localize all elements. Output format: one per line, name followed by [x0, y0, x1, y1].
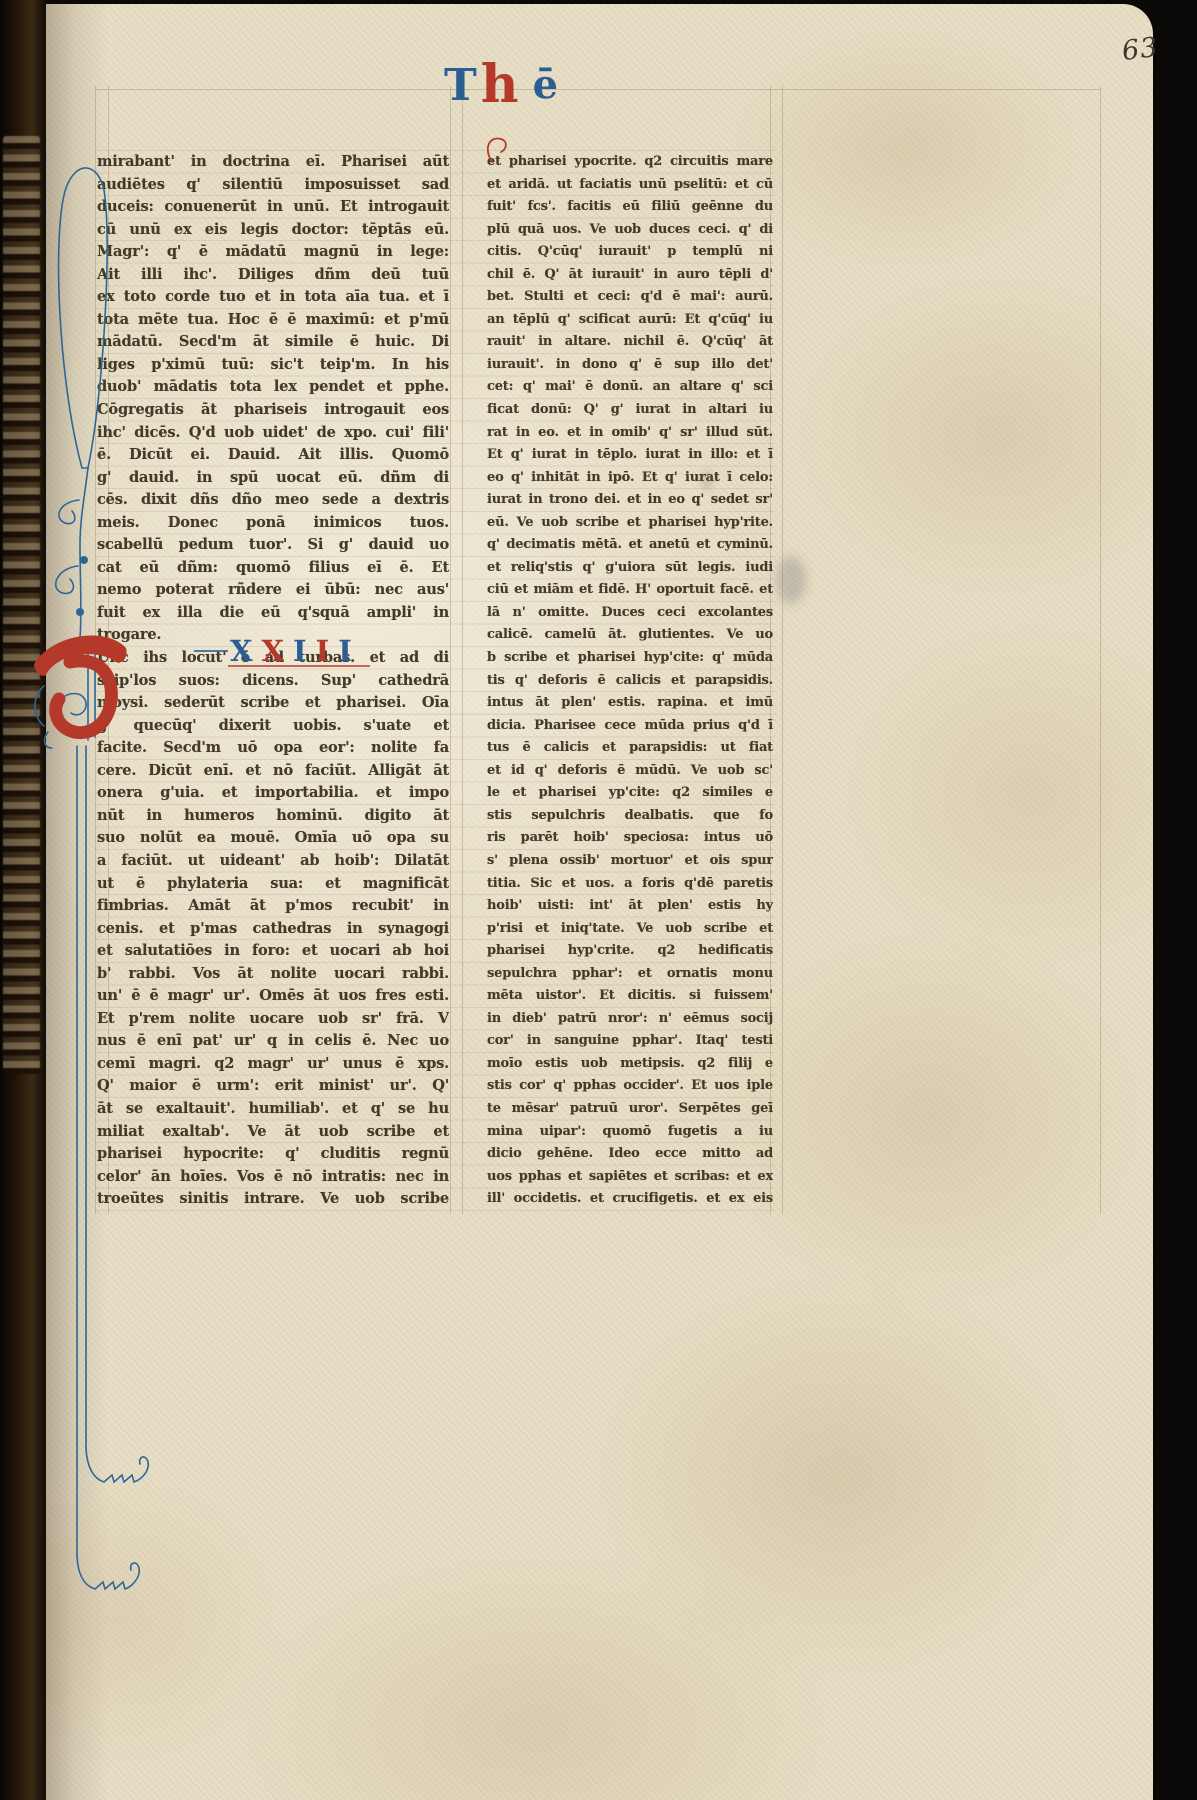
text-line: nemo poterat rñdere ei ūbū: nec aus' [97, 579, 449, 602]
text-line: dicia. Pharisee cece mūda prius q'd ī [487, 715, 773, 738]
running-title-letter: h [481, 54, 519, 115]
text-line: meis. Donec ponā inimicos tuos. [97, 512, 449, 535]
text-line: intus āt plen' estis. rapina. et imū [487, 692, 773, 715]
text-line: fuit ex illa die eū q'squā ampli' in [97, 602, 449, 625]
text-line: eū. Ve uob scribe et pharisei hyp'rite. [487, 512, 773, 535]
ruling-vertical-line [462, 86, 463, 1214]
text-line: b scribe et pharisei hyp'cite: q' mūda [487, 647, 773, 670]
text-line: duceis: conuenerūt in unū. Et introgauit [97, 196, 449, 219]
text-line: et id q' deforis ē mūdū. Ve uob sc' [487, 760, 773, 783]
text-line: et aridā. ut faciatis unū pselitū: et cū [487, 174, 773, 197]
text-line: rat in eo. et in omib' q' sr' illud sūt. [487, 422, 773, 445]
text-line: ex toto corde tuo et in tota aīa tua. et… [97, 286, 449, 309]
text-line: pharisei hyp'crite. q2 hedificatis [487, 940, 773, 963]
text-line: celor' ān hoīes. Vos ē nō intratis: nec … [97, 1166, 449, 1189]
numeral-flourish-stroke [228, 665, 370, 667]
text-line: mādatū. Secd'm āt simile ē huic. Di [97, 331, 449, 354]
text-column-left: mirabant' in doctrina eī. Pharisei aūtau… [97, 151, 449, 1211]
text-line: cenis. et p'mas cathedras in synagogi [97, 918, 449, 941]
text-line: un' ē ē magr' ur'. Omēs āt uos fres esti… [97, 985, 449, 1008]
text-line: dicio gehēne. Ideo ecce mitto ad [487, 1143, 773, 1166]
text-line: ihc' dicēs. Q'd uob uidet' de xpo. cui' … [97, 422, 449, 445]
text-line: ris parēt hoib' speciosa: intus uō [487, 827, 773, 850]
chapter-numeral-letter: X [230, 634, 262, 668]
text-line: fimbrias. Amāt āt p'mos recubit' in [97, 895, 449, 918]
text-line: te mēsar' patruū uror'. Serpētes geī [487, 1098, 773, 1121]
ruling-top-line [95, 89, 1101, 90]
text-line: a faciūt. ut uideant' ab hoib': Dilatāt [97, 850, 449, 873]
text-line: Cōgregatis āt phariseis introgauit eos [97, 399, 449, 422]
text-line: ē. Dicūt ei. Dauid. Ait illis. Quomō [97, 444, 449, 467]
text-line: ficat donū: Q' g' iurat in altari iu [487, 399, 773, 422]
text-line: et reliq'stis q' g'uiora sūt legis. iudi [487, 557, 773, 580]
text-line: rauit' in altare. nichil ē. Q'cūq' āt [487, 331, 773, 354]
text-line: an tēplū q' scificat aurū: Et q'cūq' iu [487, 309, 773, 332]
text-line: cemī magri. q2 magr' ur' unus ē xps. [97, 1053, 449, 1076]
text-line: iurat in trono dei. et in eo q' sedet sr… [487, 489, 773, 512]
text-line: sepulchra pphar': et ornatis monu [487, 963, 773, 986]
text-line: āt se exaltauit'. humiliab'. et q' se hu [97, 1098, 449, 1121]
chapter-numeral-letter: I [293, 634, 316, 668]
chapter-numeral-letter: I [338, 634, 361, 668]
text-line: calicē. camelū āt. glutientes. Ve uo [487, 624, 773, 647]
text-line: fuit' fcs'. facitis eū filiū geēnne du [487, 196, 773, 219]
ruling-vertical-line [1100, 86, 1101, 1214]
text-line: hoib' uisti: int' āt plen' estis hy [487, 895, 773, 918]
text-line: mina uipar': quomō fugetis a iu [487, 1121, 773, 1144]
text-line: citis. Q'cūq' iurauit' p templū ni [487, 241, 773, 264]
text-line: facite. Secd'm uō opa eor': nolite fa [97, 737, 449, 760]
text-line: nūt in humeros hominū. digito āt [97, 805, 449, 828]
text-line: iurauit'. in dono q' ē sup illo det' [487, 354, 773, 377]
text-line: suo nolūt ea mouē. Omīa uō opa su [97, 827, 449, 850]
text-line: g' dauid. in spū uocat eū. dñm di [97, 467, 449, 490]
text-line: tus ē calicis et parapsidis: ut fiat [487, 737, 773, 760]
running-title-letter: ē [533, 61, 558, 108]
text-line: b' rabbi. Vos āt nolite uocari rabbi. [97, 963, 449, 986]
text-line: chil ē. Q' āt iurauit' in auro tēpli d' [487, 264, 773, 287]
ruling-vertical-line [95, 86, 96, 1214]
chapter-numeral-letter: X [262, 634, 294, 668]
facing-page-text-edge [3, 136, 40, 1074]
text-line: mirabant' in doctrina eī. Pharisei aūt [97, 151, 449, 174]
text-line: s' plena ossib' mortuor' et ois spur [487, 850, 773, 873]
folio-number: 63 [1120, 32, 1160, 67]
text-line: liges p'ximū tuū: sic't teip'm. In his [97, 354, 449, 377]
text-line: nus ē enī pat' ur' q in celis ē. Nec uo [97, 1030, 449, 1053]
text-line: le et pharisei yp'cite: q2 similes e [487, 782, 773, 805]
text-line: tis q' deforis ē calicis et parapsidis. [487, 670, 773, 693]
text-line: cēs. dixit dñs dño meo sede a dextris [97, 489, 449, 512]
chapter-numeral-letter: I [316, 634, 339, 668]
text-line: bet. Stulti et ceci: q'd ē mai': aurū. [487, 286, 773, 309]
text-line: Magr': q' ē mādatū magnū in lege: [97, 241, 449, 264]
text-line: p'risi et iniq'tate. Ve uob scribe et [487, 918, 773, 941]
running-title: Thē [444, 52, 558, 122]
text-line: uos pphas et sapiētes et scribas: et ex [487, 1166, 773, 1189]
text-line: Ait illi ihc'. Diliges dñm deū tuū [97, 264, 449, 287]
text-line: g' quecūq' dixerit uobis. s'uate et [97, 715, 449, 738]
text-line: titia. Sic et uos. a foris q'dē paretis [487, 873, 773, 896]
stain-mark [700, 470, 714, 490]
text-line: troeūtes sinitis intrare. Ve uob scribe [97, 1188, 449, 1211]
text-line: cet: q' mai' ē donū. an altare q' sci [487, 376, 773, 399]
text-line: scabellū pedum tuor'. Si g' dauid uo [97, 534, 449, 557]
ink-smudge [776, 556, 806, 604]
text-column-right: et pharisei ypocrite. q2 circuitis maree… [487, 151, 773, 1211]
text-line: moīo estis uob metipsis. q2 filij e [487, 1053, 773, 1076]
text-line: scip'los suos: dicens. Sup' cathedrā [97, 670, 449, 693]
manuscript-photo: Thē 63 mirabant' in doctrina eī. Pharise… [0, 0, 1197, 1800]
text-line: stis sepulchris dealbatis. que fo [487, 805, 773, 828]
text-line: audiētes q' silentiū imposuisset sad [97, 174, 449, 197]
text-line: moysi. sederūt scribe et pharisei. Oīa [97, 692, 449, 715]
text-line: cor' in sanguine pphar'. Itaq' testi [487, 1030, 773, 1053]
text-line: Et p'rem nolite uocare uob sr' frā. V [97, 1008, 449, 1031]
text-line: onera g'uia. et importabilia. et impo [97, 782, 449, 805]
text-line: ill' occidetis. et crucifigetis. et ex e… [487, 1188, 773, 1211]
binding-gutter [0, 0, 46, 1800]
text-line: q' decimatis mētā. et anetū et cyminū. [487, 534, 773, 557]
text-line: mēta uistor'. Et dicitis. si fuissem' [487, 985, 773, 1008]
numeral-flourish-stroke [194, 650, 228, 652]
text-line: miliat exaltab'. Ve āt uob scribe et [97, 1121, 449, 1144]
text-line: cū unū ex eis legis doctor: tēptās eū. [97, 219, 449, 242]
text-line: eo q' inhitāt in ipō. Et q' iurat ī celo… [487, 467, 773, 490]
running-title-letter: T [444, 60, 477, 111]
text-line: tota mēte tua. Hoc ē ē maximū: et p'mū [97, 309, 449, 332]
text-line: Et q' iurat in tēplo. iurat in illo: et … [487, 444, 773, 467]
text-line: lā n' omitte. Duces ceci excolantes [487, 602, 773, 625]
ruling-vertical-line [450, 86, 451, 1214]
text-line: plū quā uos. Ve uob duces ceci. q' di [487, 219, 773, 242]
text-line: cat eū dñm: quomō filius eī ē. Et [97, 557, 449, 580]
text-line: stis cor' q' pphas occider'. Et uos iple [487, 1075, 773, 1098]
chapter-numeral-xxiii: XXIII [230, 634, 361, 666]
text-line: et salutatiōes in foro: et uocari ab hoi [97, 940, 449, 963]
text-line: ciū et miām et fidē. H' oportuit facē. e… [487, 579, 773, 602]
text-line: ut ē phylateria sua: et magnificāt [97, 873, 449, 896]
text-line: in dieb' patrū nror': n' eēmus socij [487, 1008, 773, 1031]
text-line: pharisei hypocrite: q' cluditis regnū [97, 1143, 449, 1166]
text-line: cere. Dicūt enī. et nō faciūt. Alligāt ā… [97, 760, 449, 783]
text-line: duob' mādatis tota lex pendet et pphe. [97, 376, 449, 399]
text-line: et pharisei ypocrite. q2 circuitis mare [487, 151, 773, 174]
ruling-vertical-line [782, 86, 783, 1214]
text-line: Q' maior ē urm': erit minist' ur'. Q' [97, 1075, 449, 1098]
